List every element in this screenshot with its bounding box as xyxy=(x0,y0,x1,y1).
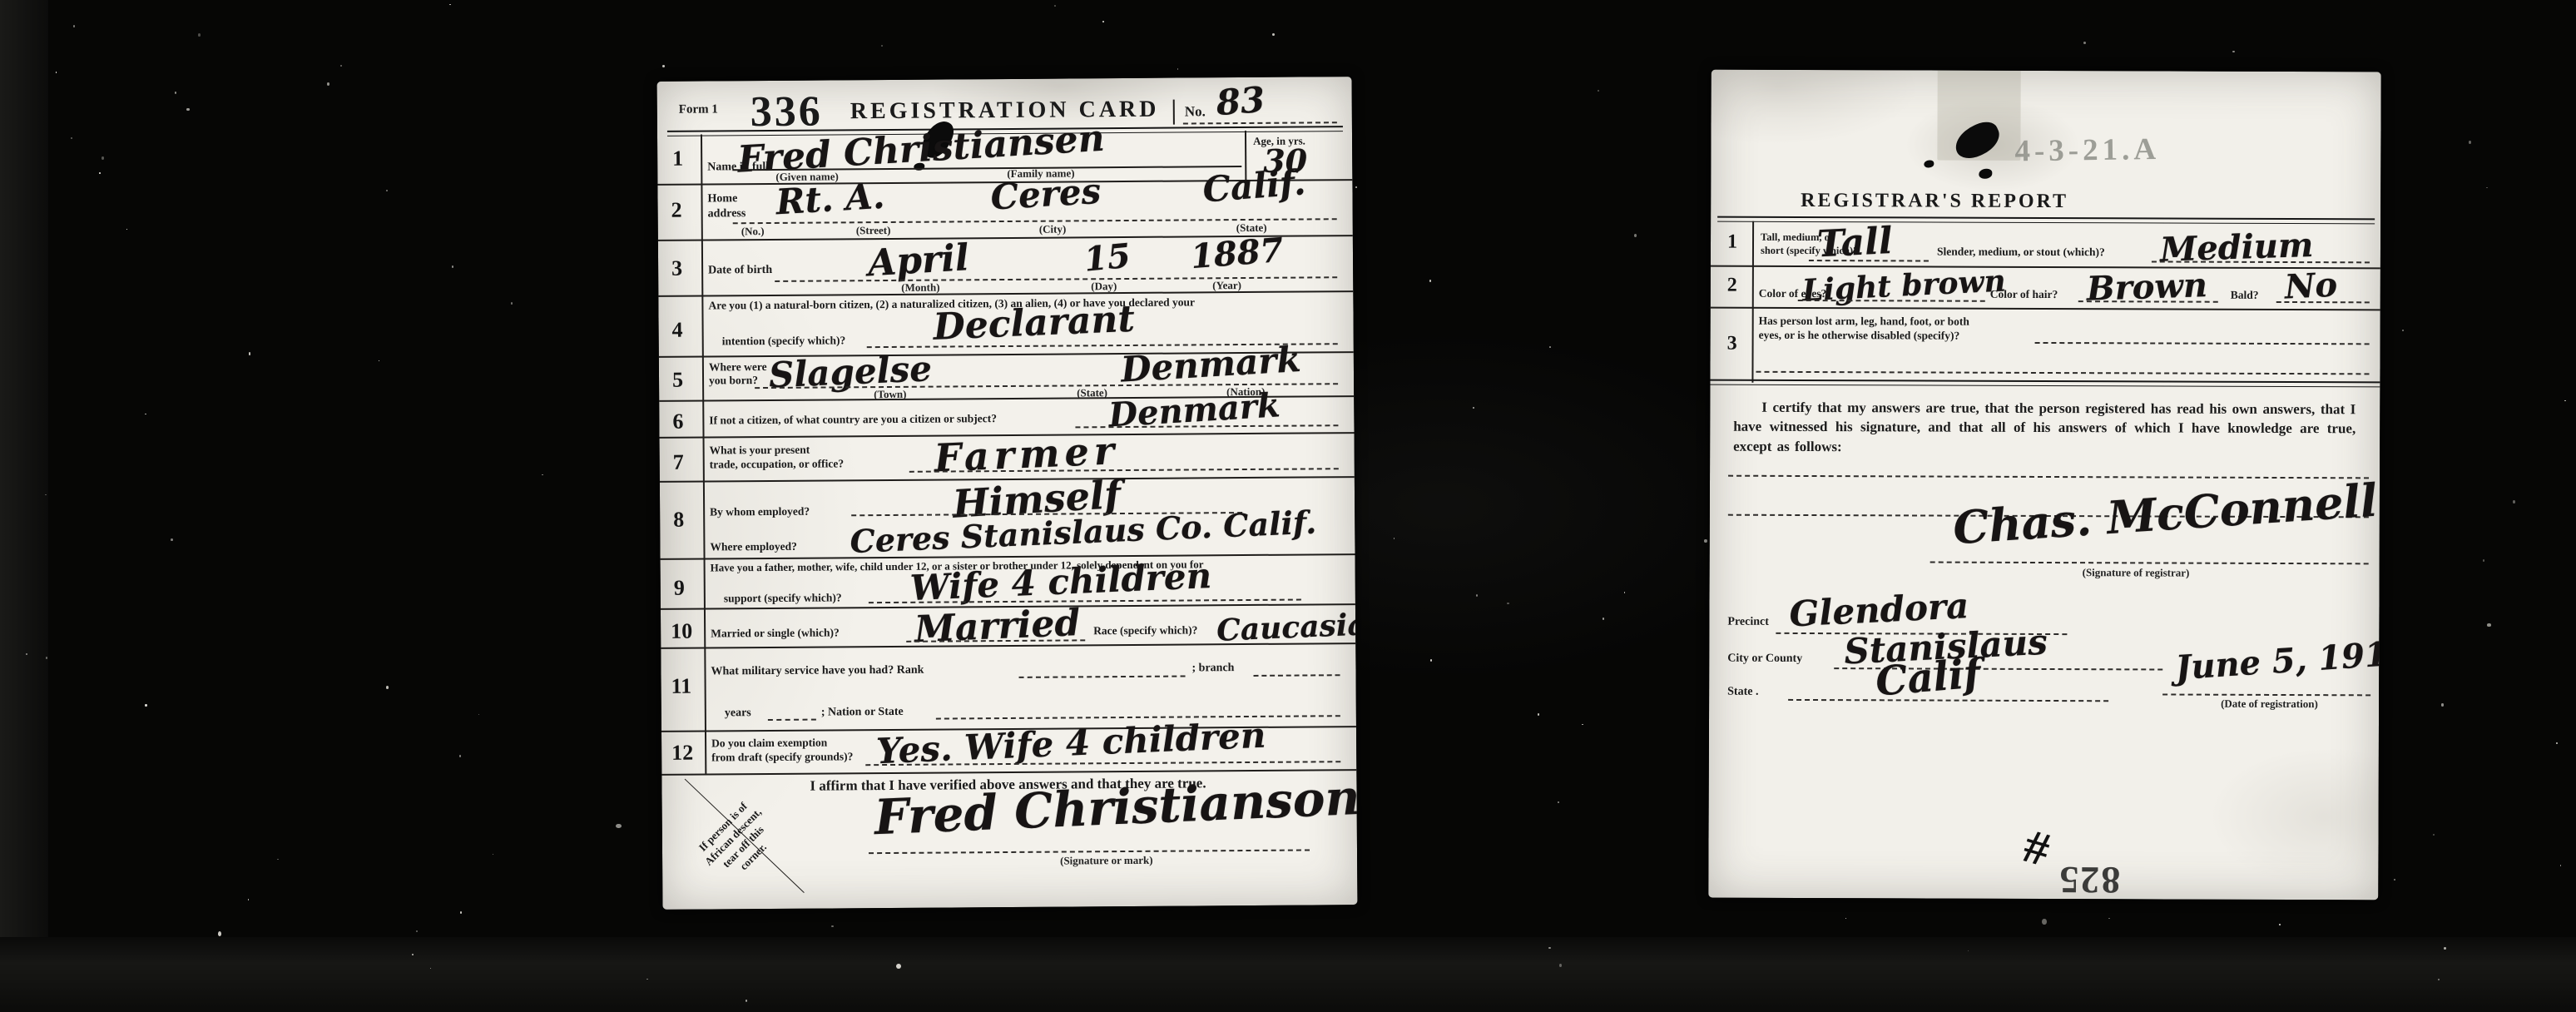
speck xyxy=(2441,703,2444,706)
signature-line xyxy=(869,849,1310,854)
speck xyxy=(1429,280,1432,281)
precinct-label: Precinct xyxy=(1727,616,1769,629)
speck xyxy=(73,25,75,27)
speck xyxy=(478,714,479,715)
born-town-value: Slagelse xyxy=(768,348,933,395)
speck xyxy=(2513,500,2515,504)
exemption-label-line2: from draft (specify grounds)? xyxy=(711,750,853,764)
speck xyxy=(662,65,665,67)
speck xyxy=(2438,979,2440,980)
born-label-line2: you born? xyxy=(709,374,758,387)
row7-number: 7 xyxy=(673,450,684,475)
years-label: years xyxy=(725,707,751,720)
speck xyxy=(1582,724,1583,725)
speck xyxy=(2486,187,2488,189)
state-line xyxy=(1788,699,2108,702)
speck xyxy=(2108,918,2109,919)
speck xyxy=(1476,594,1478,597)
street-sublabel: (Street) xyxy=(856,224,891,237)
race-label: Race (specify which)? xyxy=(1093,623,1197,637)
military-question: What military service have you had? Rank xyxy=(711,664,924,679)
disability-label-line1: Has person lost arm, leg, hand, foot, or… xyxy=(1759,315,1969,329)
speck xyxy=(1507,603,1509,604)
speck xyxy=(831,925,834,927)
row12-number: 12 xyxy=(671,741,693,766)
speck xyxy=(248,899,249,900)
dob-year-value: 1887 xyxy=(1189,231,1285,276)
report-row2-number: 2 xyxy=(1727,275,1737,297)
speck xyxy=(56,72,57,73)
speck xyxy=(1548,947,1551,949)
registrar-signature-line xyxy=(1930,562,2369,565)
row1-number: 1 xyxy=(672,146,683,171)
no-sublabel: (No.) xyxy=(741,225,765,238)
registrar-signature: Chas. McConnell xyxy=(1951,474,2379,555)
speck xyxy=(145,414,146,414)
speck xyxy=(1704,539,1707,543)
speck xyxy=(746,1000,747,1002)
number-column-line xyxy=(701,135,706,774)
disability-label-line2: eyes, or is he otherwise disabled (speci… xyxy=(1759,329,1960,343)
row5-number: 5 xyxy=(672,368,683,393)
speck xyxy=(616,824,621,828)
trade-label-line1: What is your present xyxy=(710,444,810,458)
row11-number: 11 xyxy=(671,674,692,699)
speck xyxy=(340,65,342,66)
bald-line xyxy=(2276,301,2370,303)
speck xyxy=(452,265,453,268)
branch-label: ; branch xyxy=(1191,662,1234,675)
speck xyxy=(881,45,882,47)
speck xyxy=(2279,924,2281,926)
speck xyxy=(2560,865,2562,866)
registration-no-value: 83 xyxy=(1215,79,1266,123)
rank-line xyxy=(1019,676,1186,678)
speck xyxy=(1558,801,1559,803)
speck xyxy=(249,352,250,355)
height-value: Tall xyxy=(1816,220,1894,265)
where-employed-label: Where employed? xyxy=(710,540,796,554)
year-sublabel: (Year) xyxy=(1212,279,1241,292)
no-underline xyxy=(1183,122,1337,124)
county-label: City or County xyxy=(1727,652,1802,666)
speck xyxy=(2394,879,2395,881)
born-nation-value: Denmark xyxy=(1120,339,1302,390)
speck xyxy=(1394,538,1395,539)
date-stamp: 4-3-21.A xyxy=(2014,131,2160,169)
report-title: REGISTRAR'S REPORT xyxy=(1801,190,2068,213)
row3-number: 3 xyxy=(671,256,682,281)
speck xyxy=(277,859,279,860)
disability-line1 xyxy=(2035,342,2370,345)
speck xyxy=(412,954,414,955)
speck xyxy=(511,302,513,304)
row6-number: 6 xyxy=(672,409,683,434)
registration-date-value: June 5, 1917 xyxy=(2174,633,2381,688)
address-label: address xyxy=(708,207,746,221)
scan-background: Form 1 336 REGISTRATION CARD No. 83 Age,… xyxy=(0,0,2576,1012)
speck xyxy=(186,108,190,111)
speck xyxy=(430,968,431,969)
hair-label: Color of hair? xyxy=(1990,288,2058,301)
speck xyxy=(2483,559,2484,562)
speck xyxy=(1538,713,1539,715)
bald-label: Bald? xyxy=(2231,289,2259,302)
married-value: Married xyxy=(914,602,1081,651)
city-sublabel: (City) xyxy=(1039,222,1067,236)
speck xyxy=(416,930,418,932)
speck xyxy=(646,979,647,980)
speck xyxy=(1549,346,1551,348)
speck xyxy=(46,657,47,659)
row8-number: 8 xyxy=(673,508,684,533)
speck xyxy=(1102,21,1104,22)
speck xyxy=(327,82,330,86)
speck xyxy=(1177,68,1178,70)
citizen-value: Declarant xyxy=(933,298,1136,349)
registration-no-label: No. xyxy=(1185,103,1206,120)
speck xyxy=(493,854,493,855)
row4-number: 4 xyxy=(672,318,683,343)
inverted-serial-825: 825 xyxy=(2058,858,2120,900)
build-label: Slender, medium, or stout (which)? xyxy=(1937,246,2105,260)
report-row2-border xyxy=(1711,307,2380,311)
speck xyxy=(45,494,47,495)
speck xyxy=(1845,918,1846,919)
speck xyxy=(102,156,104,159)
speck xyxy=(26,653,27,655)
speck xyxy=(2083,42,2086,44)
speck xyxy=(175,92,176,93)
married-label: Married or single (which)? xyxy=(711,626,840,640)
address-no-value: Rt. A. xyxy=(775,176,885,223)
registration-date-sublabel: (Date of registration) xyxy=(2221,697,2318,711)
speck xyxy=(1473,407,1474,409)
speck xyxy=(145,704,147,707)
speck xyxy=(1430,659,1432,662)
speck xyxy=(99,172,101,174)
state-value: Calif xyxy=(1874,650,1983,705)
row9-number: 9 xyxy=(674,576,685,601)
speck xyxy=(542,474,543,475)
registration-card: Form 1 336 REGISTRATION CARD No. 83 Age,… xyxy=(657,77,1358,910)
ink-blot-small1 xyxy=(1924,160,1934,167)
speck xyxy=(2469,141,2471,144)
ink-blot-small2 xyxy=(1979,169,1992,179)
dob-label: Date of birth xyxy=(708,264,772,278)
speck xyxy=(896,964,901,970)
employer-label: By whom employed? xyxy=(710,505,810,519)
speck xyxy=(386,686,389,689)
report-row1-border xyxy=(1711,265,2380,270)
report-bottom-rule xyxy=(1710,379,2380,388)
address-state-value: Calif. xyxy=(1201,161,1307,210)
registration-date-line xyxy=(2162,693,2370,696)
dob-month-value: April xyxy=(867,236,970,285)
years-line xyxy=(768,719,816,721)
speck xyxy=(379,360,379,361)
report-row1-number: 1 xyxy=(1727,231,1737,254)
born-label-line1: Where were xyxy=(709,360,767,374)
disability-line2 xyxy=(1756,371,2369,375)
speck xyxy=(1968,950,1969,951)
hash-mark: # xyxy=(2018,817,2057,877)
speck xyxy=(218,931,221,936)
speck xyxy=(2402,330,2404,331)
certification-text: I certify that my answers are true, that… xyxy=(1733,398,2356,459)
row2-number: 2 xyxy=(671,198,682,223)
speck xyxy=(1598,90,1599,92)
address-city-value: Ceres xyxy=(989,171,1102,218)
speck xyxy=(386,190,388,191)
speck xyxy=(2487,623,2490,627)
nation-line xyxy=(936,715,1340,719)
speck xyxy=(1355,186,1357,188)
speck xyxy=(2042,919,2047,925)
speck xyxy=(126,229,127,230)
form-number-label: Form 1 xyxy=(679,102,718,117)
corner-note: If person is of African descent, tear of… xyxy=(666,769,810,910)
registrars-report-card: 4-3-21.A REGISTRAR'S REPORT 1 Tall, medi… xyxy=(1708,70,2380,900)
exception-line1 xyxy=(1728,475,2369,479)
race-value: Caucasian xyxy=(1216,606,1357,648)
speck xyxy=(460,911,462,914)
speck xyxy=(1634,234,1637,237)
nation-or-state-label: ; Nation or State xyxy=(821,706,904,720)
speck xyxy=(1559,964,1562,967)
country-question: If not a citizen, of what country are yo… xyxy=(709,412,997,427)
speck xyxy=(1054,5,1056,6)
state-label: State . xyxy=(1727,686,1758,699)
speck xyxy=(1624,592,1625,593)
registrar-signature-sublabel: (Signature of registrar) xyxy=(2083,566,2190,579)
row3-line xyxy=(775,276,1337,282)
speck xyxy=(71,137,73,139)
speck xyxy=(198,33,201,37)
report-number-column xyxy=(1751,221,1754,383)
trade-label-line2: trade, occupation, or office? xyxy=(710,457,844,471)
speck xyxy=(171,538,173,541)
signature-sublabel: (Signature or mark) xyxy=(1060,854,1153,868)
branch-line xyxy=(1254,674,1340,677)
citizen-question-line2: intention (specify which)? xyxy=(722,334,846,348)
speck xyxy=(459,755,461,757)
row3-border xyxy=(658,290,1353,297)
speck xyxy=(2232,51,2235,53)
speck xyxy=(449,4,450,5)
day-sublabel: (Day) xyxy=(1091,280,1117,293)
speck xyxy=(1603,618,1605,621)
dob-day-value: 15 xyxy=(1082,236,1132,280)
exemption-label-line1: Do you claim exemption xyxy=(711,737,827,751)
card-title: REGISTRATION CARD xyxy=(850,97,1160,126)
home-label: Home xyxy=(707,192,737,206)
speck xyxy=(2444,947,2446,950)
speck xyxy=(2433,834,2435,836)
header-divider xyxy=(1173,100,1175,125)
report-row3-number: 3 xyxy=(1727,333,1737,355)
row10-number: 10 xyxy=(671,619,692,644)
month-sublabel: (Month) xyxy=(901,281,939,295)
speck xyxy=(2556,742,2558,744)
dependents-question-line2: support (specify which)? xyxy=(724,591,842,605)
speck xyxy=(2564,400,2566,402)
speck xyxy=(1272,33,1275,36)
